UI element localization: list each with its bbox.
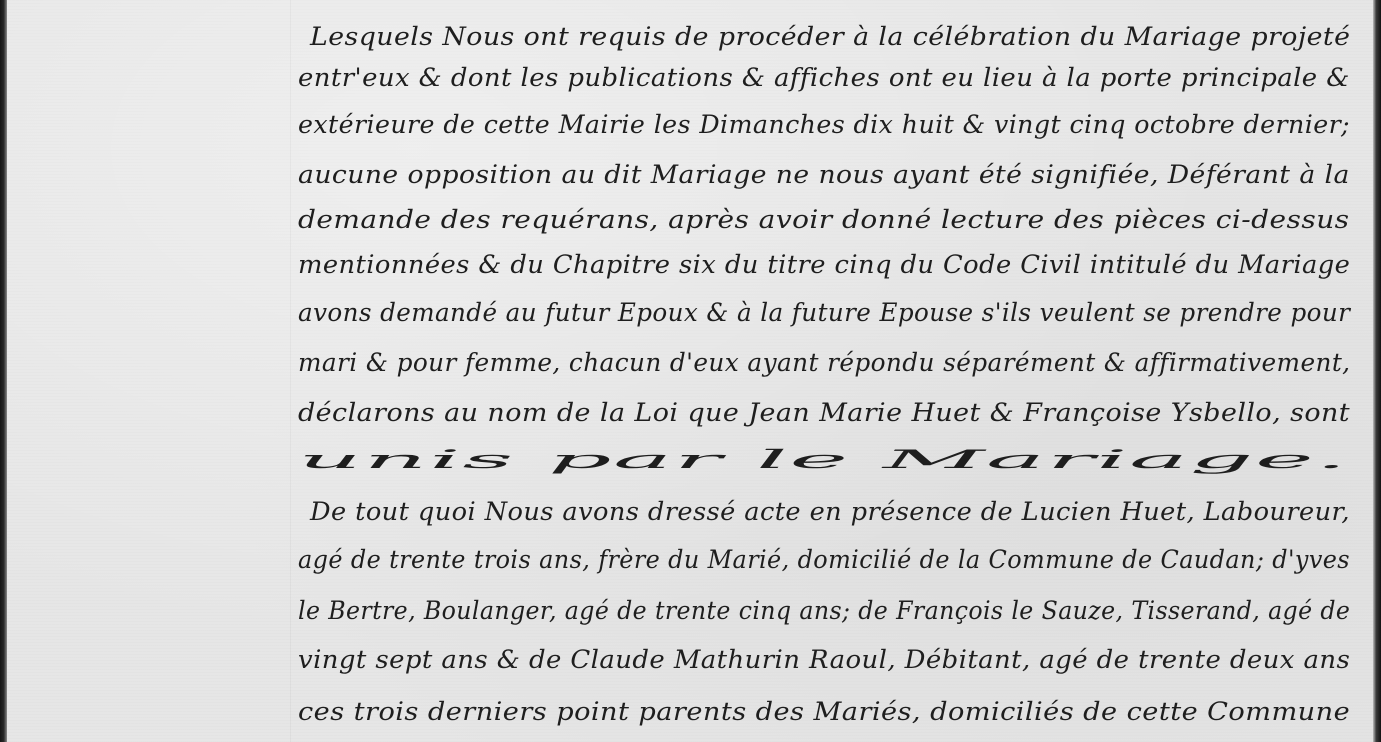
text-line-2: entr'eux & dont les publications & affic… bbox=[298, 63, 1350, 92]
text-line-14: vingt sept ans & de Claude Mathurin Raou… bbox=[298, 645, 1350, 674]
text-line-12: agé de trente trois ans, frère du Marié,… bbox=[298, 545, 1350, 574]
text-line-11: De tout quoi Nous avons dressé acte en p… bbox=[310, 497, 1350, 526]
text-line-1: Lesquels Nous ont requis de procéder à l… bbox=[310, 22, 1350, 51]
text-line-9: déclarons au nom de la Loi que Jean Mari… bbox=[298, 398, 1350, 427]
text-line-15: ces trois derniers point parents des Mar… bbox=[298, 697, 1350, 726]
text-line-6: mentionnées & du Chapitre six du titre c… bbox=[298, 250, 1350, 279]
text-line-4: aucune opposition au dit Mariage ne nous… bbox=[298, 160, 1350, 189]
text-line-3: extérieure de cette Mairie les Dimanches… bbox=[298, 110, 1350, 139]
handwritten-text-block: Lesquels Nous ont requis de procéder à l… bbox=[298, 0, 1358, 742]
text-line-13: le Bertre, Boulanger, agé de trente cinq… bbox=[298, 596, 1350, 625]
text-line-10: unis par le Mariage. bbox=[298, 445, 1349, 474]
left-margin bbox=[290, 0, 291, 742]
text-line-8: mari & pour femme, chacun d'eux ayant ré… bbox=[298, 348, 1350, 377]
document-page: Lesquels Nous ont requis de procéder à l… bbox=[0, 0, 1381, 742]
text-line-7: avons demandé au futur Epoux & à la futu… bbox=[298, 298, 1350, 327]
text-line-5: demande des requérans, après avoir donné… bbox=[298, 205, 1350, 234]
page-binding-edge bbox=[0, 0, 7, 742]
page-right-edge bbox=[1373, 0, 1381, 742]
